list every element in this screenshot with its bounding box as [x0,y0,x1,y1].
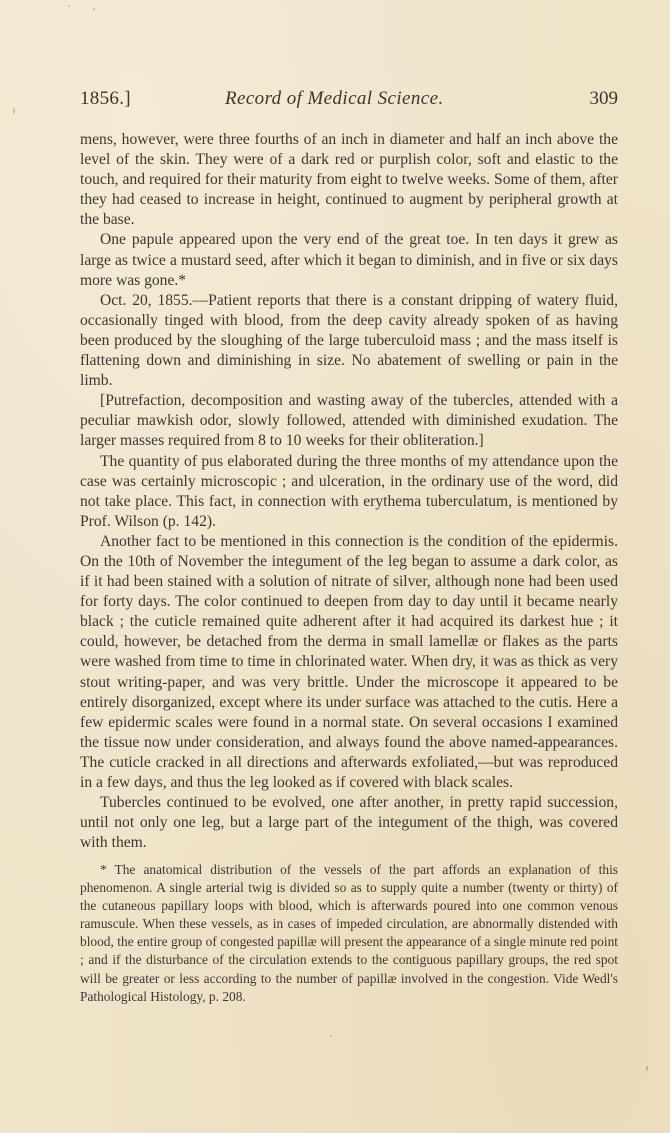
paragraph-oct-20: Oct. 20, 1855.—Patient reports that ther… [80,291,618,391]
page-number: 309 [590,88,619,110]
footnote-text: * The anatomical distribution of the ves… [80,861,618,1006]
paragraph-papule: One papule appeared upon the very end of… [80,230,618,290]
footnote: * The anatomical distribution of the ves… [80,861,618,1006]
paragraph-tubercles: Tubercles continued to be evolved, one a… [80,793,618,853]
journal-title: Record of Medical Science. [225,88,444,110]
paragraph-putrefaction: [Putrefaction, decomposition and wasting… [80,391,618,451]
paragraph-continued: mens, however, were three fourths of an … [80,130,618,230]
paper-speck [13,108,15,114]
paper-speck [646,1066,648,1071]
article-body: mens, however, were three fourths of an … [80,130,618,853]
running-head: 1856.] Record of Medical Science. 309 [80,88,618,112]
paper-speck [93,8,95,10]
paragraph-epidermis: Another fact to be mentioned in this con… [80,532,618,793]
paragraph-pus-quantity: The quantity of pus elaborated during th… [80,452,618,532]
running-head-year: 1856.] [80,88,131,110]
paper-speck [68,5,70,7]
paper-speck [330,1035,332,1037]
